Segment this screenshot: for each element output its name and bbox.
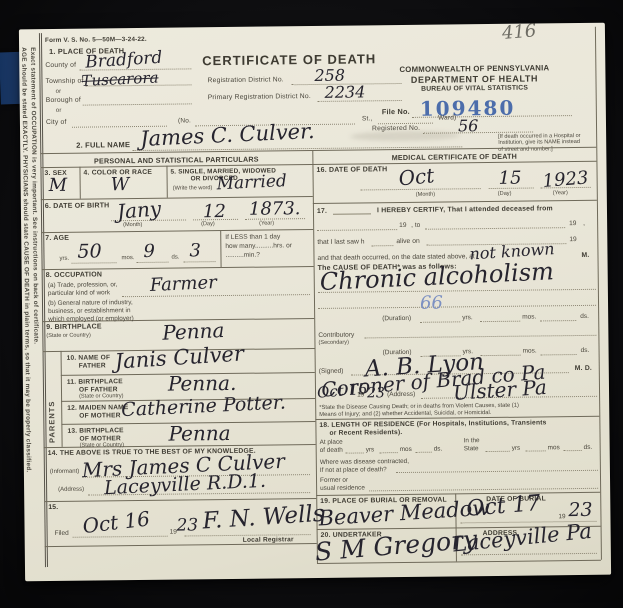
res-ds-r: ds. [584,444,593,451]
residence-state: State [464,445,479,452]
dod-label: 16. DATE OF DEATH [316,166,387,174]
residence-former-2: usual residence [320,484,365,492]
res-mos-line-l [380,452,398,453]
res-yrs-l: yrs [366,446,375,453]
residence-where-1: Where was disease contracted, [320,458,409,466]
occupation-a1: (a) Trade, profession, or, [48,281,118,289]
erased-smudge [350,130,460,141]
cause-dur-yrs: yrs. [462,314,473,321]
scanned-death-certificate-photo: { "margin_note": { "line1": "AGE should … [0,0,623,608]
age-ds-value: 3 [189,240,201,261]
dob-year-value: 1873. [249,198,301,220]
residence-former-1: Former or [320,477,348,484]
mother-name-label-1: 12. MAIDEN NAME [67,404,128,412]
age-mos-line [137,262,169,263]
father-name-label-2: FATHER [79,362,106,369]
local-registrar-label: Local Registrar [243,536,294,544]
certify-to-line [425,227,565,230]
marital-hint: (Write the word) [173,185,213,191]
certify-line1: I HEREBY CERTIFY, That I attended deceas… [377,205,553,214]
filed-year-hw: 23 [176,515,198,535]
age-mos-value: 9 [143,241,155,262]
death-certificate-paper: AGE should be stated EXACTLY. PHYSICIANS… [19,23,611,582]
father-bp-value: Penna. [168,371,237,396]
residence-atplace-1: At place [320,439,343,446]
occupation-b3: which employed (or employer) [48,315,134,323]
township-label: Township of [45,78,83,85]
certify-line2-pre: that I last saw h [317,238,364,246]
certify-num: 17. [317,208,327,215]
township-value: Tuscarora [81,68,159,90]
residence-atplace-2: of death [320,447,343,454]
cause-line-2 [318,305,596,309]
certify-line3: and that death occurred, on the date sta… [317,253,474,262]
age-less-note-1: If LESS than 1 day [225,233,280,241]
occupation-b1: (b) General nature of industry, [48,299,133,307]
burial-year-printed: 19 [558,513,565,520]
dob-month-value: Jany [116,196,162,223]
filed-label: Filed [55,530,69,537]
burial-year-hw: 23 [568,499,592,521]
res-mos-line-r [526,450,546,451]
age-label: 7. AGE [45,235,69,242]
parents-vertical-label: PARENTS [47,363,57,443]
res-mos-r: mos [548,444,560,451]
pencil-number: 416 [501,20,537,44]
dod-bottom-line [313,200,597,204]
mother-bp-label-1: 13. BIRTHPLACE [67,427,123,435]
borough-line [83,103,192,105]
or-label-1: or [56,89,62,95]
contrib-dur-mos-line [481,355,521,356]
dob-day-caption: (Day) [201,221,215,227]
residence-inthe: In the [464,437,480,444]
dod-month-caption: (Month) [416,192,435,198]
residence-where-line [396,470,598,473]
undertaker-address-line [461,553,597,556]
father-name-value: Janis Culver [114,341,245,373]
registrar-signature: F. N. Wells [202,501,326,535]
contributory-sub: (Secondary) [318,340,349,346]
parents-strip-divider [61,351,63,447]
certify-to: , to [411,222,420,229]
mother-bp-value: Penna [168,421,230,446]
occupation-b2: business, or establishment in [48,307,130,315]
res-mos-l: mos [400,446,412,453]
certify-y2: 19 [569,220,576,227]
informant-label: (Informant) [50,469,79,475]
registered-no-value: 56 [458,116,479,135]
contributory-label: Contributory [318,332,354,339]
or-label-2: or [56,108,62,114]
cause-dur-mos-line [480,321,520,322]
age-ds-label: ds. [171,255,179,261]
filed-bottom-line [45,543,317,547]
res-yrs-line-r [486,451,510,452]
dod-day-value: 15 [498,168,521,189]
age-less-note-3: ..........min.? [225,252,260,259]
father-bp-label-1: 11. BIRTHPLACE [67,378,123,386]
cause-duration-label: (Duration) [382,315,411,322]
age-yrs-label: yrs. [59,256,69,262]
contrib-dur-mos: mos. [523,347,537,354]
street-no-label: (No. [178,117,191,124]
cause-dur-ds: ds. [580,313,589,320]
age-note-divider [220,230,221,267]
cause-dur-yrs-line [420,321,460,322]
mother-name-label-2: OF MOTHER [79,412,120,419]
signed-address-label: (Address) [387,391,415,398]
occupation-label: 8. OCCUPATION [46,271,102,279]
certify-y1: 19 [399,222,406,229]
res-ds-line-l [416,452,432,453]
full-name-value: James C. Culver. [140,119,315,151]
form-number: Form V. S. No. 5—50M—3-24-22. [45,36,147,44]
color-race-value: W [111,174,130,195]
marital-value: Married [216,171,287,194]
dod-day-caption: (Day) [498,191,512,197]
certify-m-label: M. [581,252,589,259]
birthplace-label: 9. BIRTHPLACE [46,323,102,331]
res-yrs-r: yrs [512,445,521,452]
informant-address-label: (Address) [58,487,84,493]
street-st-label: St., [362,115,373,122]
dob-month-caption: (Month) [123,222,142,228]
cause-code-blue: 66 [420,293,443,314]
registration-district-label: Registration District No. [207,76,283,84]
age-mos-label: mos. [121,255,134,261]
signed-address-hw: Ulster Pa [452,375,547,405]
filed-date-value: Oct 16 [81,506,151,538]
age-ds-line [184,261,216,262]
certify-blank [333,213,371,214]
md-label: M. D. [575,365,592,372]
informant-bottom-line [44,498,316,502]
contrib-dur-ds: ds. [581,347,590,354]
birthplace-sub: (State or Country) [46,333,91,340]
dod-year-value: 1923 [542,167,589,192]
certify-h-line [371,245,393,246]
burial-top-line [316,492,600,496]
signed-year-printed: 19 [357,391,364,398]
filed-num: 15. [48,504,58,511]
residence-former-line [369,488,598,492]
dob-label: 6. DATE OF BIRTH [45,202,110,210]
birthplace-value: Penna [162,318,225,345]
occupation-a-value: Farmer [149,272,217,296]
signed-label: (Signed) [319,368,344,375]
city-label: City of [46,119,67,126]
residence-label-1: 18. LENGTH OF RESIDENCE (For Hospitals, … [319,419,546,429]
residence-where-2: If not at place of death? [320,466,387,474]
residence-label-2: or Recent Residents). [329,429,402,437]
dod-year-caption: (Year) [553,190,568,196]
father-bp-sub: (State or Country) [79,393,124,400]
age-bottom-line [42,266,314,270]
age-less-note-2: how many..........hrs. or [225,242,292,250]
res-yrs-line-l [346,452,364,453]
burial-date-value: Oct 17 [465,491,541,522]
form-right-border [595,27,602,560]
res-ds-l: ds. [434,446,443,453]
cause-dur-ds-line [540,320,576,321]
age-yrs-value: 50 [77,240,101,262]
dob-year-caption: (Year) [259,220,274,226]
occupation-a2: particular kind of work [48,289,110,297]
res-ds-line-r [564,450,582,451]
certify-from-line [317,229,397,231]
color-marital-divider [166,166,167,198]
dob-day-value: 12 [203,201,226,222]
certify-line2-mid: alive on [396,238,420,245]
father-name-label-1: 10. NAME OF [67,354,111,361]
mother-name-value: Catherine Potter. [121,391,287,421]
signed-year-hw: 23 [367,385,385,401]
borough-label: Borough of [46,97,81,104]
contributory-line [364,335,596,339]
contrib-dur-ds-line [541,354,577,355]
cause-dur-mos: mos. [522,313,536,320]
commonwealth-line3: BUREAU OF VITAL STATISTICS [368,84,582,93]
certify-comma: , [583,220,585,227]
mother-bp-sub: (State or Country) [80,442,125,449]
street-ward-label: Ward) [438,114,457,121]
certify-y3: 19 [569,236,576,243]
primary-district-value: 2234 [325,82,366,101]
file-no-label: File No. [382,107,410,116]
hospital-note: [If death occurred in a Hospital or Inst… [498,133,584,153]
dod-month-value: Oct [397,163,435,190]
primary-district-label: Primary Registration District No. [208,93,311,101]
sex-color-divider [79,167,80,199]
sex-value: M [49,175,68,196]
county-label: County of [45,62,76,69]
full-name-label: 2. FULL NAME [76,140,130,150]
